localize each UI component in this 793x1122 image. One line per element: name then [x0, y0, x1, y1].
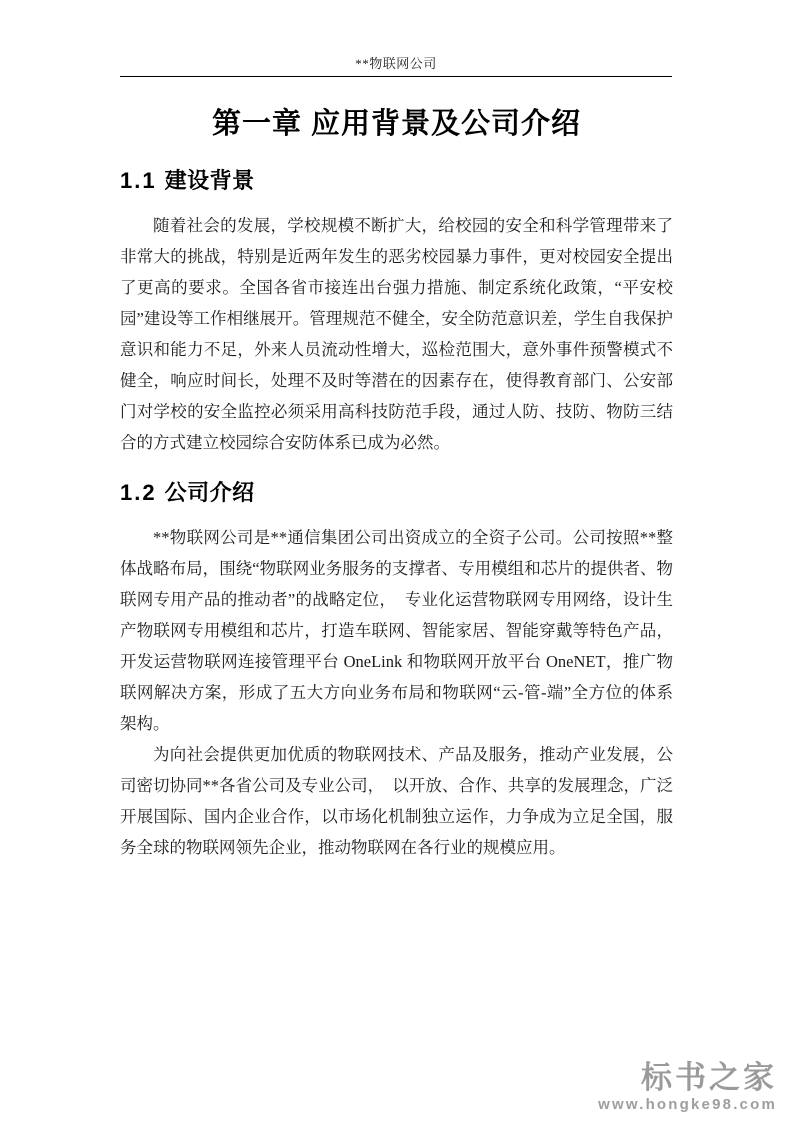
- running-header: **物联网公司: [120, 53, 672, 77]
- section-title-text: 公司介绍: [165, 480, 255, 505]
- running-header-text: **物联网公司: [355, 56, 437, 71]
- section-heading-1-1: 1.1建设背景: [120, 167, 673, 195]
- watermark-logo-text: 标书之家: [598, 1061, 777, 1095]
- section-heading-1-2: 1.2公司介绍: [120, 479, 673, 507]
- paragraph: 为向社会提供更加优质的物联网技术、产品及服务，推动产业发展，公司密切协同**各省…: [120, 739, 673, 863]
- document-body: 第一章 应用背景及公司介绍 1.1建设背景 随着社会的发展，学校规模不断扩大，给…: [120, 103, 673, 863]
- document-page: **物联网公司 第一章 应用背景及公司介绍 1.1建设背景 随着社会的发展，学校…: [0, 0, 793, 1122]
- paragraph: 随着社会的发展，学校规模不断扩大，给校园的安全和科学管理带来了非常大的挑战，特别…: [120, 210, 673, 458]
- section-number: 1.2: [120, 480, 157, 505]
- section-number: 1.1: [120, 168, 157, 193]
- watermark: 标书之家 www.hongke98.com: [598, 1061, 777, 1114]
- chapter-title: 第一章 应用背景及公司介绍: [120, 103, 673, 146]
- paragraph: **物联网公司是**通信集团公司出资成立的全资子公司。公司按照**整体战略布局，…: [120, 522, 673, 739]
- watermark-url: www.hongke98.com: [598, 1095, 777, 1114]
- section-title-text: 建设背景: [165, 168, 255, 193]
